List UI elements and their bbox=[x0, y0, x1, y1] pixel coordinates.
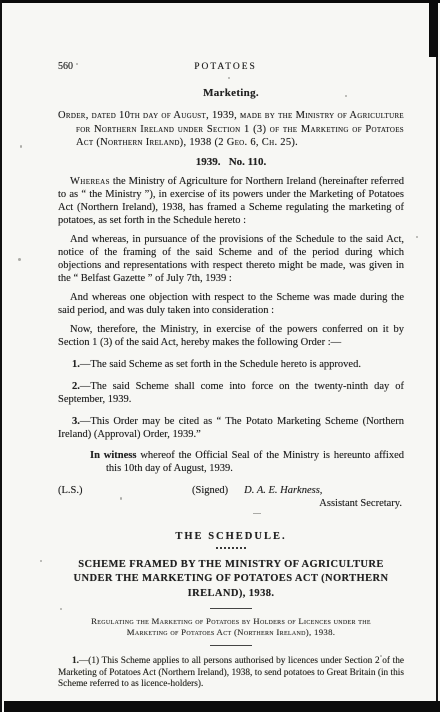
scan-speck bbox=[380, 655, 382, 657]
scan-speck bbox=[120, 497, 122, 500]
divider-rule-1 bbox=[210, 608, 252, 609]
witness-clause: In witness whereof the Official Seal of … bbox=[106, 449, 404, 475]
scan-speck bbox=[18, 258, 21, 261]
scan-speck bbox=[210, 672, 212, 674]
schedule-title-divider bbox=[216, 547, 246, 549]
schedule-clause-1: 1.—(1) This Scheme applies to all person… bbox=[58, 656, 404, 691]
scan-edge-top bbox=[0, 0, 440, 3]
recital-3: And whereas one objection with respect t… bbox=[58, 291, 404, 317]
scan-speck bbox=[228, 77, 230, 79]
witness-text: whereof the Official Seal of the Ministr… bbox=[106, 450, 404, 474]
order-number: 1939. No. 110. bbox=[58, 156, 404, 169]
article-3-number: 3. bbox=[72, 416, 80, 427]
scan-speck bbox=[345, 95, 347, 97]
article-3-text: —This Order may be cited as “ The Potato… bbox=[58, 416, 404, 440]
enacting-clause: Now, therefore, the Ministry, in exercis… bbox=[58, 323, 404, 349]
signed-label: (Signed) bbox=[192, 484, 228, 497]
signatory-name: D. A. E. Harkness, bbox=[244, 484, 322, 497]
article-2-number: 2. bbox=[72, 381, 80, 392]
page-content: 560 POTATOES Marketing. Order, dated 10t… bbox=[58, 60, 404, 691]
page-number: 560 bbox=[58, 60, 73, 73]
scanned-document-page: 560 POTATOES Marketing. Order, dated 10t… bbox=[0, 0, 440, 712]
running-title: POTATOES bbox=[73, 61, 378, 74]
scan-speck bbox=[40, 560, 42, 562]
witness-lead: In witness bbox=[90, 450, 136, 461]
scan-edge-right-corner bbox=[429, 0, 438, 57]
scan-edge-right bbox=[436, 0, 438, 712]
article-2: 2.—The said Scheme shall come into force… bbox=[58, 380, 404, 406]
scan-speck bbox=[416, 236, 418, 238]
scan-edge-left bbox=[0, 0, 2, 712]
seal-mark: (L.S.) bbox=[58, 484, 83, 510]
clause-1-number: 1. bbox=[72, 656, 79, 666]
signature-lines: (Signed) D. A. E. Harkness, Assistant Se… bbox=[192, 484, 404, 510]
regulating-heading: Regulating the Marketing of Potatoes by … bbox=[58, 616, 404, 638]
scan-speck bbox=[60, 608, 62, 610]
section-heading: Marketing. bbox=[58, 87, 404, 100]
recital-1-lead: Whereas bbox=[70, 176, 110, 187]
scheme-heading: SCHEME FRAMED BY THE MINISTRY OF AGRICUL… bbox=[58, 558, 404, 602]
article-2-text: —The said Scheme shall come into force o… bbox=[58, 381, 404, 405]
scan-speck bbox=[20, 145, 22, 148]
schedule-title: THE SCHEDULE. bbox=[58, 530, 404, 543]
signature-block: (L.S.) (Signed) D. A. E. Harkness, Assis… bbox=[58, 484, 404, 510]
signatory-title: Assistant Secretary. bbox=[192, 497, 404, 510]
page-header: 560 POTATOES bbox=[58, 60, 404, 74]
article-1-text: —The said Scheme as set forth in the Sch… bbox=[80, 359, 361, 370]
scan-edge-bottom bbox=[4, 701, 440, 712]
clause-1-text: —(1) This Scheme applies to all persons … bbox=[58, 656, 404, 689]
recital-1-text: the Ministry of Agriculture for Northern… bbox=[58, 176, 404, 226]
order-preamble: Order, dated 10th day of August, 1939, m… bbox=[58, 109, 404, 150]
scan-speck bbox=[76, 63, 78, 65]
divider-rule-2 bbox=[210, 645, 252, 646]
recital-1: Whereas the Ministry of Agriculture for … bbox=[58, 175, 404, 227]
signature-line: (Signed) D. A. E. Harkness, bbox=[192, 484, 404, 497]
scan-speck bbox=[253, 513, 261, 514]
article-3: 3.—This Order may be cited as “ The Pota… bbox=[58, 415, 404, 441]
recital-2: And whereas, in pursuance of the provisi… bbox=[58, 233, 404, 285]
article-1-number: 1. bbox=[72, 359, 80, 370]
article-1: 1.—The said Scheme as set forth in the S… bbox=[58, 358, 404, 371]
